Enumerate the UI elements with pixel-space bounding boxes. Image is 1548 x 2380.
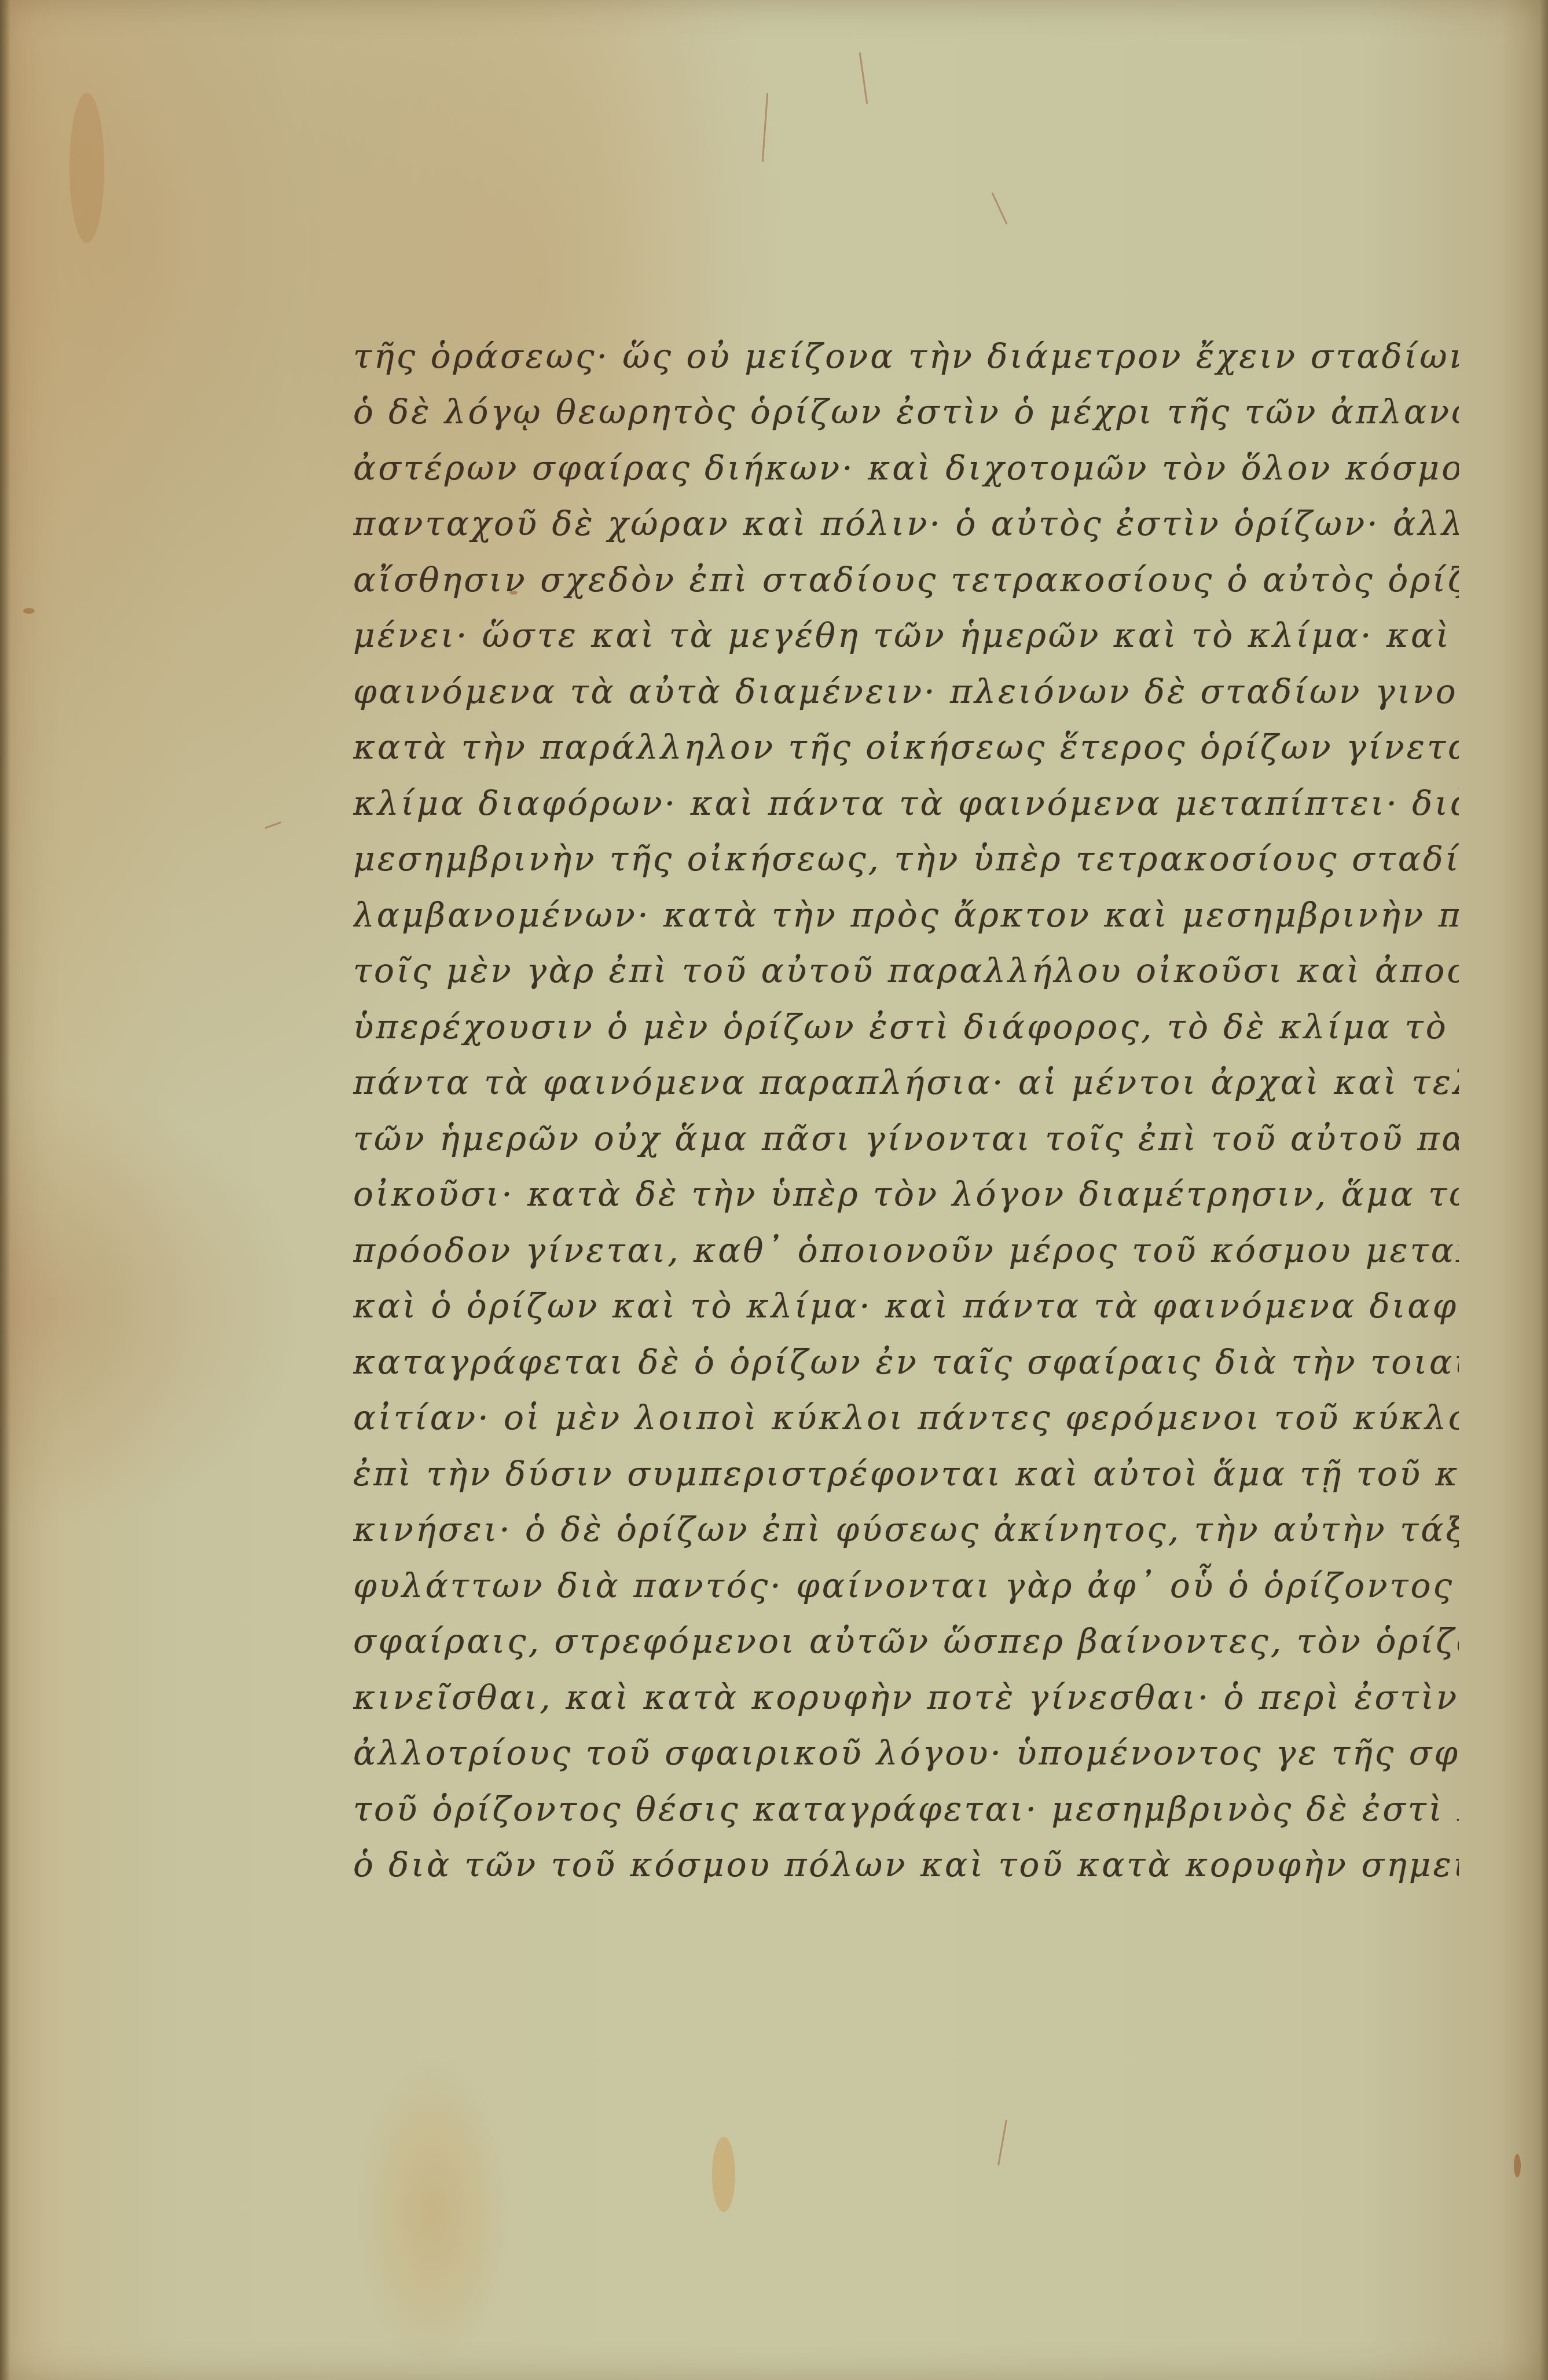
stain xyxy=(23,608,35,614)
text-line: πανταχοῦ δὲ χώραν καὶ πόλιν· ὁ αὐτὸς ἐστ… xyxy=(353,489,1459,545)
text-line: καὶ ὁ ὁρίζων καὶ τὸ κλίμα· καὶ πάντα τὰ … xyxy=(353,1272,1459,1328)
text-line: κινήσει· ὁ δὲ ὁρίζων ἐπὶ φύσεως ἀκίνητος… xyxy=(353,1495,1459,1551)
fiber xyxy=(991,192,1007,225)
text-line: ὁ διὰ τῶν τοῦ κόσμου πόλων καὶ τοῦ κατὰ … xyxy=(353,1830,1459,1887)
text-line: οἰκοῦσι· κατὰ δὲ τὴν ὑπὲρ τὸν λόγον διαμ… xyxy=(353,1160,1459,1216)
line-text: πανταχοῦ δὲ χώραν καὶ πόλιν· ὁ αὐτὸς ἐστ… xyxy=(353,507,1459,540)
line-text: τοῦ ὁρίζοντος θέσις καταγράφεται· μεσημβ… xyxy=(353,1792,1459,1826)
text-line: καταγράφεται δὲ ὁ ὁρίζων ἐν ταῖς σφαίραι… xyxy=(353,1327,1459,1383)
line-text: τῶν ἡμερῶν οὐχ ἅμα πᾶσι γίνονται τοῖς ἐπ… xyxy=(353,1122,1459,1155)
line-text: τῆς ὁράσεως· ὥς οὐ μείζονα τὴν διάμετρον… xyxy=(353,339,1459,373)
fiber xyxy=(859,52,868,104)
fiber xyxy=(762,93,768,162)
text-line: κινεῖσθαι, καὶ κατὰ κορυφὴν ποτὲ γίνεσθα… xyxy=(353,1663,1459,1719)
line-text: τοῖς μὲν γὰρ ἐπὶ τοῦ αὐτοῦ παραλλήλου οἰ… xyxy=(353,954,1459,987)
line-text: πάντα τὰ φαινόμενα παραπλήσια· αἱ μέντοι… xyxy=(353,1065,1459,1099)
stain xyxy=(69,93,104,243)
line-text: φυλάττων διὰ παντός· φαίνονται γὰρ ἀφ᾽ ο… xyxy=(353,1569,1459,1602)
text-line: ὑπερέχουσιν ὁ μὲν ὁρίζων ἐστὶ διάφορος, … xyxy=(353,992,1459,1048)
text-line: φαινόμενα τὰ αὐτὰ διαμένειν· πλειόνων δὲ… xyxy=(353,657,1459,713)
line-text: ἀστέρων σφαίρας διήκων· καὶ διχοτομῶν τὸ… xyxy=(353,451,1459,485)
line-text: κατὰ τὴν παράλληλον τῆς οἰκήσεως ἕτερος … xyxy=(353,730,1459,764)
text-line: ἀλλοτρίους τοῦ σφαιρικοῦ λόγου· ὑπομένον… xyxy=(353,1719,1459,1775)
line-text: οἰκοῦσι· κατὰ δὲ τὴν ὑπὲρ τὸν λόγον διαμ… xyxy=(353,1177,1459,1211)
stain xyxy=(712,2137,735,2212)
line-text: λαμβανομένων· κατὰ τὴν πρὸς ἄρκτον καὶ μ… xyxy=(353,898,1459,932)
text-line: αἴσθησιν σχεδὸν ἐπὶ σταδίους τετρακοσίου… xyxy=(353,545,1459,601)
line-text: καταγράφεται δὲ ὁ ὁρίζων ἐν ταῖς σφαίραι… xyxy=(353,1345,1459,1379)
text-line: φυλάττων διὰ παντός· φαίνονται γὰρ ἀφ᾽ ο… xyxy=(353,1551,1459,1607)
line-text: αἰτίαν· οἱ μὲν λοιποὶ κύκλοι πάντες φερό… xyxy=(353,1401,1459,1434)
text-line: τοῦ ὁρίζοντος θέσις καταγράφεται· μεσημβ… xyxy=(353,1774,1459,1830)
line-text: ἀλλοτρίους τοῦ σφαιρικοῦ λόγου· ὑπομένον… xyxy=(353,1736,1459,1770)
line-text: κινεῖσθαι, καὶ κατὰ κορυφὴν ποτὲ γίνεσθα… xyxy=(353,1680,1459,1714)
text-line: ἐπὶ τὴν δύσιν συμπεριστρέφονται καὶ αὐτο… xyxy=(353,1439,1459,1495)
text-line: κατὰ τὴν παράλληλον τῆς οἰκήσεως ἕτερος … xyxy=(353,713,1459,769)
text-line: τῆς ὁράσεως· ὥς οὐ μείζονα τὴν διάμετρον… xyxy=(353,321,1459,378)
stain xyxy=(1514,2154,1521,2177)
line-text: αἴσθησιν σχεδὸν ἐπὶ σταδίους τετρακοσίου… xyxy=(353,563,1459,596)
text-line: σφαίραις, στρεφόμενοι αὐτῶν ὥσπερ βαίνον… xyxy=(353,1607,1459,1663)
text-line: κλίμα διαφόρων· καὶ πάντα τὰ φαινόμενα μ… xyxy=(353,768,1459,825)
text-line: αἰτίαν· οἱ μὲν λοιποὶ κύκλοι πάντες φερό… xyxy=(353,1383,1459,1440)
line-text: μεσημβρινὴν τῆς οἰκήσεως, τὴν ὑπὲρ τετρα… xyxy=(353,842,1459,876)
line-text: ὁ δὲ λόγῳ θεωρητὸς ὁρίζων ἐστὶν ὁ μέχρι … xyxy=(353,395,1459,429)
line-text: ὁ διὰ τῶν τοῦ κόσμου πόλων καὶ τοῦ κατὰ … xyxy=(353,1848,1459,1881)
line-text: ὑπερέχουσιν ὁ μὲν ὁρίζων ἐστὶ διάφορος, … xyxy=(353,1010,1459,1043)
line-text: φαινόμενα τὰ αὐτὰ διαμένειν· πλειόνων δὲ… xyxy=(353,675,1459,708)
line-text: ἐπὶ τὴν δύσιν συμπεριστρέφονται καὶ αὐτο… xyxy=(353,1457,1459,1491)
text-line: ἀστέρων σφαίρας διήκων· καὶ διχοτομῶν τὸ… xyxy=(353,433,1459,489)
text-line: τοῖς μὲν γὰρ ἐπὶ τοῦ αὐτοῦ παραλλήλου οἰ… xyxy=(353,936,1459,993)
line-text: κινήσει· ὁ δὲ ὁρίζων ἐπὶ φύσεως ἀκίνητος… xyxy=(353,1513,1459,1546)
text-line: μεσημβρινὴν τῆς οἰκήσεως, τὴν ὑπὲρ τετρα… xyxy=(353,825,1459,881)
fiber xyxy=(997,2119,1007,2165)
page-right-edge xyxy=(1540,0,1548,2380)
line-text: μένει· ὥστε καὶ τὰ μεγέθη τῶν ἡμερῶν καὶ… xyxy=(353,618,1459,652)
text-line: τῶν ἡμερῶν οὐχ ἅμα πᾶσι γίνονται τοῖς ἐπ… xyxy=(353,1104,1459,1160)
manuscript-text: τῆς ὁράσεως· ὥς οὐ μείζονα τὴν διάμετρον… xyxy=(353,321,1459,1886)
text-line: μένει· ὥστε καὶ τὰ μεγέθη τῶν ἡμερῶν καὶ… xyxy=(353,601,1459,657)
line-text: σφαίραις, στρεφόμενοι αὐτῶν ὥσπερ βαίνον… xyxy=(353,1624,1459,1658)
text-line: ὁ δὲ λόγῳ θεωρητὸς ὁρίζων ἐστὶν ὁ μέχρι … xyxy=(353,378,1459,434)
manuscript-page: τῆς ὁράσεως· ὥς οὐ μείζονα τὴν διάμετρον… xyxy=(0,0,1548,2380)
line-text: πρόοδον γίνεται, καθ᾽ ὁποιονοῦν μέρος το… xyxy=(353,1233,1459,1267)
fiber xyxy=(265,821,281,829)
line-text: καὶ ὁ ὁρίζων καὶ τὸ κλίμα· καὶ πάντα τὰ … xyxy=(353,1289,1459,1323)
line-text: κλίμα διαφόρων· καὶ πάντα τὰ φαινόμενα μ… xyxy=(353,786,1459,820)
text-line: πρόοδον γίνεται, καθ᾽ ὁποιονοῦν μέρος το… xyxy=(353,1215,1459,1272)
text-line: λαμβανομένων· κατὰ τὴν πρὸς ἄρκτον καὶ μ… xyxy=(353,880,1459,936)
text-line: πάντα τὰ φαινόμενα παραπλήσια· αἱ μέντοι… xyxy=(353,1048,1459,1104)
page-left-edge xyxy=(0,0,10,2380)
